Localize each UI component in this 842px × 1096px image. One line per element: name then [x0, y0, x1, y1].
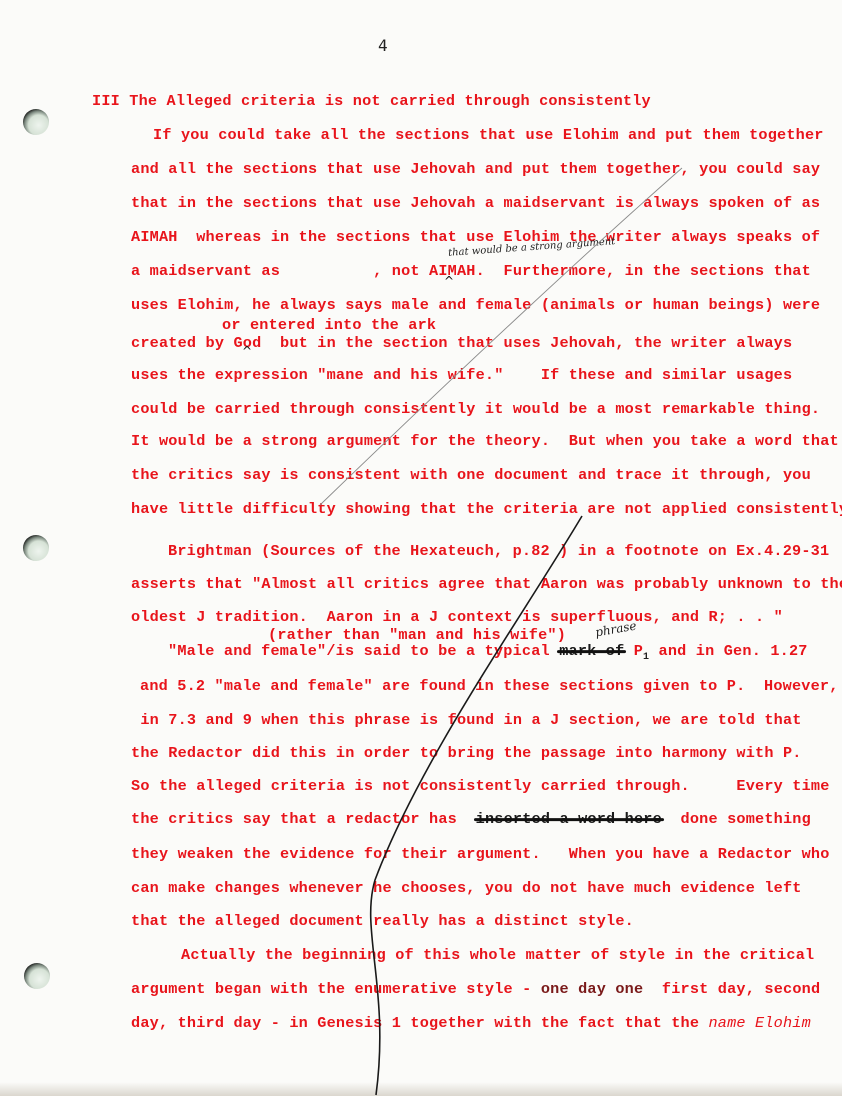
p3-line-3: in 7.3 and 9 when this phrase is found i… — [131, 711, 802, 729]
p3-line-1: "Male and female"/is said to be a typica… — [168, 642, 808, 667]
p3-line-2: and 5.2 "male and female" are found in t… — [140, 677, 839, 695]
p1-line-4: AIMAH whereas in the sections that use E… — [131, 228, 820, 246]
p1-line-1: If you could take all the sections that … — [153, 126, 824, 144]
binder-hole-middle — [23, 535, 49, 561]
overtyped-text: one day one — [541, 980, 643, 998]
p2-line-1: Brightman (Sources of the Hexateuch, p.8… — [168, 542, 829, 560]
p4-line-3-text: day, third day - in Genesis 1 together w… — [131, 1014, 708, 1032]
p1-line-7: created by God but in the section that u… — [131, 334, 792, 352]
p1-line-8: uses the expression "mane and his wife."… — [131, 366, 792, 384]
insertion-caret-icon: ^ — [242, 344, 252, 358]
section-heading: III The Alleged criteria is not carried … — [92, 92, 651, 110]
p3-line-6-text: the critics say that a redactor has — [131, 810, 476, 828]
p1-line-6: uses Elohim, he always says male and fem… — [131, 296, 820, 314]
dark-diagonal-pencil-line — [371, 516, 582, 1095]
p1-line-3: that in the sections that use Jehovah a … — [131, 194, 820, 212]
p4-line-1: Actually the beginning of this whole mat… — [181, 946, 814, 964]
p3-line-6: the critics say that a redactor has inse… — [131, 810, 811, 828]
insertion-caret-icon: ^ — [444, 274, 454, 288]
p1-line-5: a maidservant as , not AIMAH. Furthermor… — [131, 262, 811, 280]
p1-line-2: and all the sections that use Jehovah an… — [131, 160, 820, 178]
p4-line-2: argument began with the enumerative styl… — [131, 980, 820, 998]
p3-line-1-end: and in Gen. 1.27 — [649, 642, 807, 660]
p3-line-7: they weaken the evidence for their argum… — [131, 845, 830, 863]
binder-hole-bottom — [24, 963, 50, 989]
document-page: 4 III The Alleged criteria is not carrie… — [0, 0, 842, 1096]
p4-line-2-end: first day, second — [643, 980, 820, 998]
p3-line-5: So the alleged criteria is not consisten… — [131, 777, 830, 795]
p1-line-10: It would be a strong argument for the th… — [131, 432, 839, 450]
p1-line-11: the critics say is consistent with one d… — [131, 466, 811, 484]
struck-text-mark-of: mark of — [559, 642, 624, 660]
p1-line-12: have little difficulty showing that the … — [131, 500, 842, 518]
p4-line-2-text: argument began with the enumerative styl… — [131, 980, 541, 998]
p3-line-6-end: done something — [662, 810, 811, 828]
p3-line-8: can make changes whenever he chooses, yo… — [131, 879, 802, 897]
binder-hole-top — [23, 109, 49, 135]
p4-line-3: day, third day - in Genesis 1 together w… — [131, 1014, 811, 1032]
italic-name-elohim: name Elohim — [708, 1014, 810, 1032]
p3-line-9: that the alleged document really has a d… — [131, 912, 634, 930]
p2-line-2: asserts that "Almost all critics agree t… — [131, 575, 842, 593]
page-number: 4 — [378, 36, 388, 55]
p3-line-4: the Redactor did this in order to bring … — [131, 744, 802, 762]
p1-line-9: could be carried through consistently it… — [131, 400, 820, 418]
p1-insertion-ark: or entered into the ark — [222, 316, 436, 334]
struck-text-inserted-word: inserted a word here — [476, 810, 662, 828]
p3-line-1-text: "Male and female"/is said to be a typica… — [168, 642, 559, 660]
page-edge-shadow — [0, 1082, 842, 1096]
p2-line-3: oldest J tradition. Aaron in a J context… — [131, 608, 783, 626]
p3-line-1-p: P — [624, 642, 643, 660]
